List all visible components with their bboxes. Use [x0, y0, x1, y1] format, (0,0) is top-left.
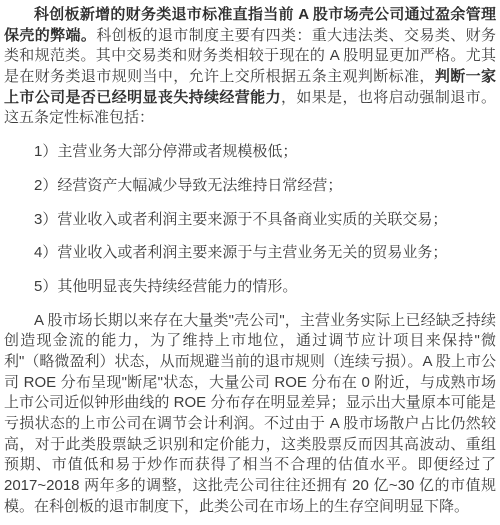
criterion-item-3: 3）营业收入或者利润主要来源于不具备商业实质的关联交易；: [4, 210, 496, 231]
criterion-item-4: 4）营业收入或者利润主要来源于与主营业务无关的贸易业务；: [4, 243, 496, 264]
analysis-paragraph: A 股市场长期以来存在大量类"壳公司"，主营业务实际上已经缺乏持续创造现金流的能…: [4, 311, 496, 518]
criterion-item-2: 2）经营资产大幅减少导致无法维持日常经营；: [4, 176, 496, 197]
criterion-item-1: 1）主营业务大部分停滞或者规模极低；: [4, 142, 496, 163]
article-page: 科创板新增的财务类退市标准直指当前 A 股市场壳公司通过盈余管理保壳的弊端。科创…: [0, 0, 500, 525]
criterion-item-5: 5）其他明显丧失持续经营能力的情形。: [4, 277, 496, 298]
intro-paragraph: 科创板新增的财务类退市标准直指当前 A 股市场壳公司通过盈余管理保壳的弊端。科创…: [4, 5, 496, 129]
